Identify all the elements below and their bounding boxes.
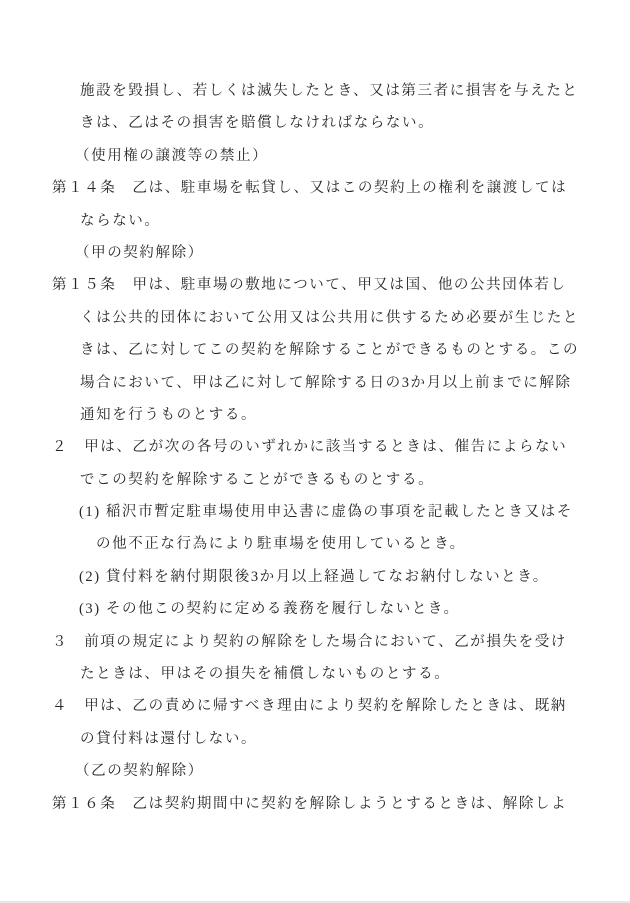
document-page: 施設を毀損し、若しくは滅失したとき、又は第三者に損害を与えたと きは、乙はその損…	[0, 0, 630, 903]
document-line: たときは、甲はその損失を補償しないものとする。	[0, 658, 630, 690]
paragraph-2-line: ２ 甲は、乙が次の各号のいずれかに該当するときは、催告によらない	[0, 431, 630, 463]
section-caption: （乙の契約解除）	[0, 755, 630, 787]
document-line: でこの契約を解除することができるものとする。	[0, 464, 630, 496]
document-line: 場合において、甲は乙に対して解除する日の3か月以上前までに解除	[0, 367, 630, 399]
item-3-line: (3) その他この契約に定める義務を履行しないとき。	[0, 593, 630, 625]
document-line: きは、乙はその損害を賠償しなければならない。	[0, 107, 630, 139]
document-line: の他不正な行為により駐車場を使用しているとき。	[0, 528, 630, 560]
document-line: の貸付料は還付しない。	[0, 723, 630, 755]
section-caption: （使用権の譲渡等の禁止）	[0, 140, 630, 172]
article-15-line: 第１５条 甲は、駐車場の敷地について、甲又は国、他の公共団体若し	[0, 269, 630, 301]
document-line: 施設を毀損し、若しくは滅失したとき、又は第三者に損害を与えたと	[0, 75, 630, 107]
document-line: くは公共的団体において公用又は公共用に供するため必要が生じたと	[0, 302, 630, 334]
item-1-line: (1) 稲沢市暫定駐車場使用申込書に虚偽の事項を記載したとき又はそ	[0, 496, 630, 528]
article-14-line: 第１４条 乙は、駐車場を転貸し、又はこの契約上の権利を譲渡しては	[0, 172, 630, 204]
item-2-line: (2) 貸付料を納付期限後3か月以上経過してなお納付しないとき。	[0, 561, 630, 593]
section-caption: （甲の契約解除）	[0, 237, 630, 269]
paragraph-3-line: ３ 前項の規定により契約の解除をした場合において、乙が損失を受け	[0, 626, 630, 658]
paragraph-4-line: ４ 甲は、乙の責めに帰すべき理由により契約を解除したときは、既納	[0, 690, 630, 722]
article-16-line: 第１６条 乙は契約期間中に契約を解除しようとするときは、解除しよ	[0, 788, 630, 820]
document-line: 通知を行うものとする。	[0, 399, 630, 431]
document-line: ならない。	[0, 205, 630, 237]
document-line: きは、乙に対してこの契約を解除することができるものとする。この	[0, 334, 630, 366]
document-body: 施設を毀損し、若しくは滅失したとき、又は第三者に損害を与えたと きは、乙はその損…	[0, 75, 630, 820]
